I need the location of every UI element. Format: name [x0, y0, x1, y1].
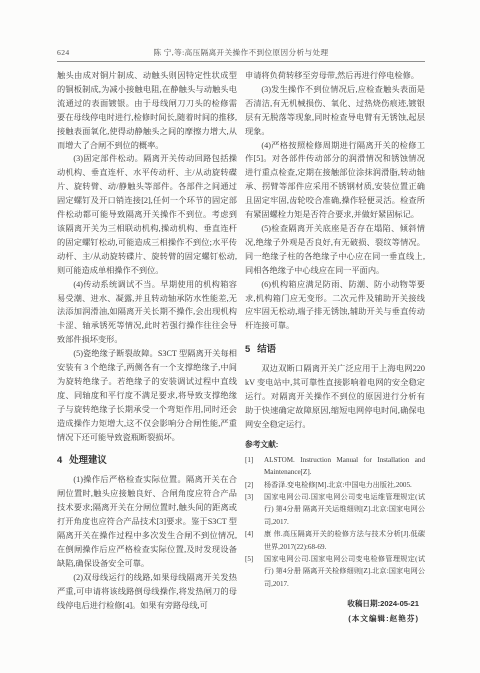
reference-number: [1] — [245, 454, 259, 479]
running-title: 陈 宁,等:高压隔离开关操作不到位原因分析与处理 — [117, 47, 365, 58]
paper-page: 624 陈 宁,等:高压隔离开关操作不到位原因分析与处理 触头由成对铜片制成、动… — [0, 0, 480, 673]
paragraph: (4)严格按照检修周期进行隔离开关的检修工作[5]。对各部件传动部分的润滑情况和… — [245, 139, 425, 222]
paragraph: (4)传动系统调试不当。早期使用的机构箱容易受潮、进水、凝露,并且转动轴承防水性… — [57, 278, 237, 348]
reference-item: [3] 国家电网公司.国家电网公司变电运维管理规定(试行) 第4分册 隔离开关运… — [245, 491, 425, 528]
paragraph: (6)机构箱应满足防雨、防潮、防小动物等要求,机构箱门应无变形。二次元件及辅助开… — [245, 278, 425, 334]
references-label: 参考文献: — [245, 439, 425, 450]
section-heading-5: 5 结语 — [245, 341, 425, 355]
reference-number: [4] — [245, 528, 259, 553]
running-head: 624 陈 宁,等:高压隔离开关操作不到位原因分析与处理 — [57, 47, 425, 58]
reference-item: [2] 杨香泽.变电检修[M].北京:中国电力出版社,2005. — [245, 479, 425, 491]
reference-text: 国家电网公司.国家电网公司变电运维管理规定(试行) 第4分册 隔离开关运维细则[… — [264, 491, 425, 528]
reference-number: [5] — [245, 553, 259, 590]
paragraph: (5)瓷绝缘子断裂故障。S3CT 型隔离开关每相安装有 3 个绝缘子,两侧各有一… — [57, 347, 237, 444]
reference-text: 杨香泽.变电检修[M].北京:中国电力出版社,2005. — [264, 479, 425, 491]
left-column: 触头由成对铜片制成、动触头则因特定性状成型的铜板制成,为减小接触电阻,在静触头与… — [57, 69, 237, 624]
received-date: 收稿日期:2024-05-21 — [245, 598, 425, 609]
text-columns: 触头由成对铜片制成、动触头则因特定性状成型的铜板制成,为减小接触电阻,在静触头与… — [57, 69, 425, 624]
paragraph: 申请将负荷转移至旁母带,然后再进行停电检修。 — [245, 69, 425, 83]
editor-note: (本文编辑:赵艳芬) — [245, 613, 425, 624]
section-title: 处理建议 — [69, 452, 107, 466]
section-heading-4: 4 处理建议 — [57, 452, 237, 466]
section-number: 4 — [57, 454, 62, 465]
paragraph: (2)双母线运行的线路,如果母线隔离开关发热严重,可申请将该线路倒母线操作,将发… — [57, 571, 237, 613]
reference-text: ALSTOM. Instruction Manual for Installat… — [264, 454, 425, 479]
paragraph: (3)固定部件松动。隔离开关传动回路包括操动机构、垂直连杆、水平传动杆、主/从动… — [57, 152, 237, 277]
reference-text: 国家电网公司.国家电网公司变电检修管理规定(试行) 第4分册 隔离开关检修细则[… — [264, 553, 425, 590]
reference-item: [4] 康 伟.高压隔离开关的检修方法与技术分析[J].低碳世界,2017(22… — [245, 528, 425, 553]
paragraph: (1)操作后严格检查实际位置。隔离开关在合闸位置时,触头应接触良好、合闸角度应符… — [57, 473, 237, 570]
reference-number: [2] — [245, 479, 259, 491]
reference-number: [3] — [245, 491, 259, 528]
paragraph: 触头由成对铜片制成、动触头则因特定性状成型的铜板制成,为减小接触电阻,在静触头与… — [57, 69, 237, 152]
reference-list: [1] ALSTOM. Instruction Manual for Insta… — [245, 454, 425, 590]
reference-text: 康 伟.高压隔离开关的检修方法与技术分析[J].低碳世界,2017(22):68… — [264, 528, 425, 553]
header-rule — [57, 61, 425, 62]
reference-item: [5] 国家电网公司.国家电网公司变电检修管理规定(试行) 第4分册 隔离开关检… — [245, 553, 425, 590]
paragraph: 双边双断口隔离开关广泛应用于上海电网220 kV 变电站中,其可靠性直接影响着电… — [245, 362, 425, 432]
right-column: 申请将负荷转移至旁母带,然后再进行停电检修。 (3)发生操作不到位情况后,应检查… — [245, 69, 425, 624]
paragraph: (3)发生操作不到位情况后,应检查触头表面是否清洁,有无机械损伤、氧化、过热烧伤… — [245, 83, 425, 139]
reference-item: [1] ALSTOM. Instruction Manual for Insta… — [245, 454, 425, 479]
section-number: 5 — [245, 343, 250, 354]
paragraph: (5)检查隔离开关底座是否存在塌陷、倾斜情况,绝缘子外观是否良好,有无破损、裂纹… — [245, 222, 425, 278]
page-number: 624 — [57, 48, 117, 57]
section-title: 结语 — [257, 341, 276, 355]
